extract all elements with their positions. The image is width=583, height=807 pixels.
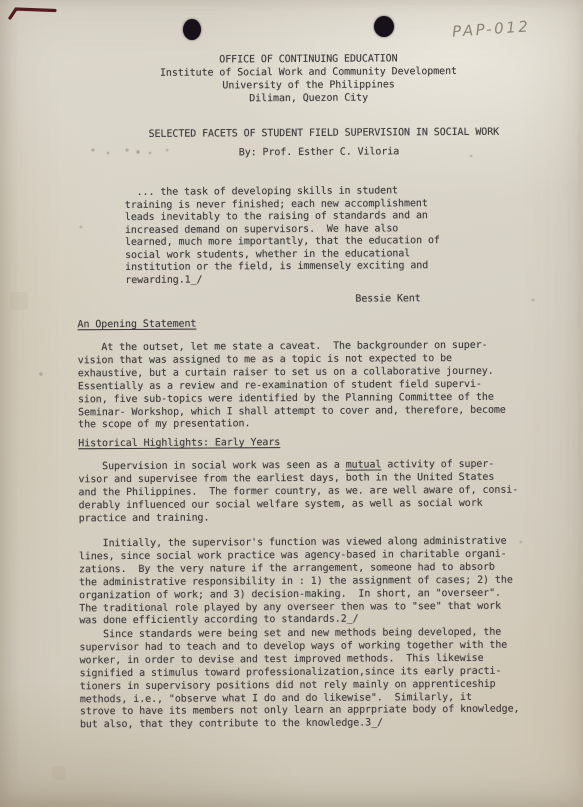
byline: By: Prof. Esther C. Viloria [27, 145, 583, 161]
paragraph-supervision-mutual: Supervision in social work was seen as a… [78, 459, 518, 526]
letterhead: OFFICE OF CONTINUING EDUCATION Institute… [17, 51, 583, 107]
section-heading-opening-statement: An Opening Statement [77, 319, 196, 333]
paragraph-administrative-lines: Initially, the supervisor's function was… [79, 536, 513, 629]
epigraph-quote: ... the task of developing skills in stu… [125, 185, 440, 287]
typewritten-content: OFFICE OF CONTINUING EDUCATION Institute… [0, 0, 583, 807]
document-title: SELECTED FACETS OF STUDENT FIELD SUPERVI… [32, 126, 583, 142]
paragraph-standards-methods: Since standards were being set and new m… [79, 627, 519, 733]
scanned-document-page: PAP-012 OFFICE OF CONTINUING EDUCATION I… [0, 0, 583, 807]
section-heading-historical-highlights: Historical Highlights: Early Years [78, 437, 280, 451]
quote-attribution: Bessie Kent [355, 293, 420, 306]
paragraph-opening-statement: At the outset, let me state a caveat. Th… [78, 340, 506, 433]
